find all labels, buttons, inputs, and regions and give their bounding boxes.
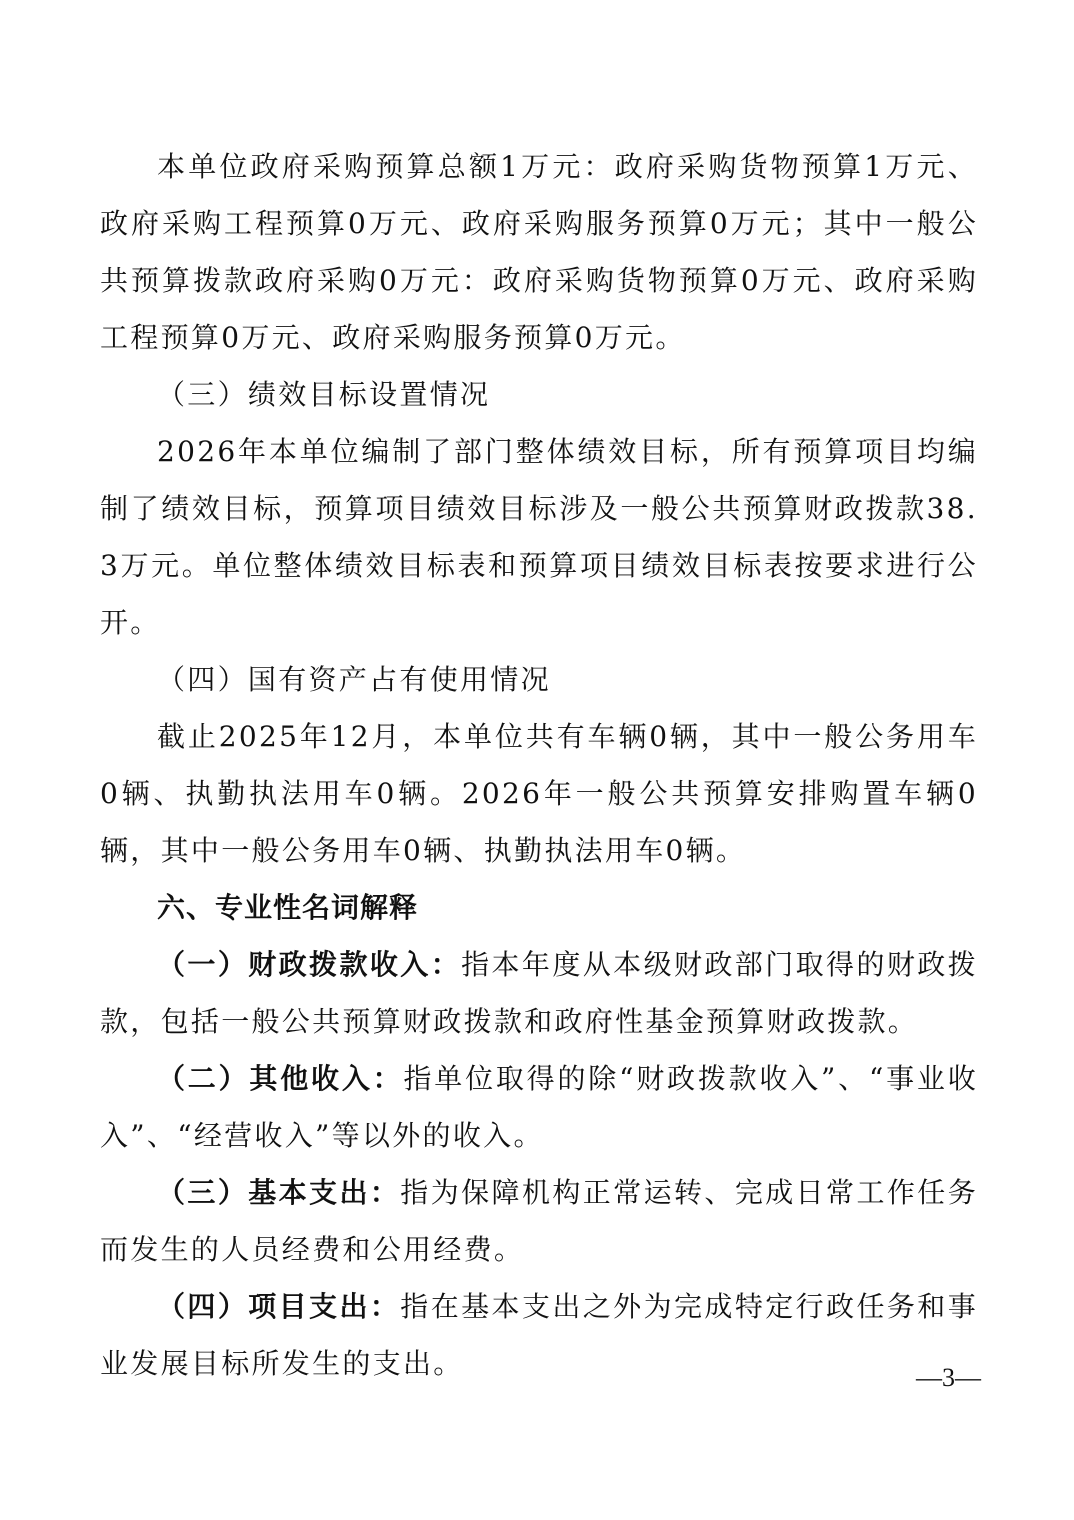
performance-goals-heading: （三）绩效目标设置情况 — [100, 366, 978, 423]
term-label: （三）基本支出： — [157, 1176, 400, 1209]
term-label: （二）其他收入： — [157, 1062, 403, 1095]
term-other-income: （二）其他收入：指单位取得的除“财政拨款收入”、“事业收入”、“经营收入”等以外… — [100, 1050, 978, 1164]
term-project-expenditure: （四）项目支出：指在基本支出之外为完成特定行政任务和事业发展目标所发生的支出。 — [100, 1278, 978, 1392]
state-assets-paragraph: 截止2025年12月，本单位共有车辆0辆，其中一般公务用车0辆、执勤执法用车0辆… — [100, 708, 978, 879]
procurement-paragraph: 本单位政府采购预算总额1万元：政府采购货物预算1万元、政府采购工程预算0万元、政… — [100, 138, 978, 366]
performance-goals-paragraph: 2026年本单位编制了部门整体绩效目标，所有预算项目均编制了绩效目标，预算项目绩… — [100, 423, 978, 651]
term-basic-expenditure: （三）基本支出：指为保障机构正常运转、完成日常工作任务而发生的人员经费和公用经费… — [100, 1164, 978, 1278]
terminology-section-heading: 六、专业性名词解释 — [100, 879, 978, 936]
term-fiscal-appropriation-income: （一）财政拨款收入：指本年度从本级财政部门取得的财政拨款，包括一般公共预算财政拨… — [100, 936, 978, 1050]
term-label: （四）项目支出： — [157, 1290, 400, 1323]
page-number: —3— — [916, 1358, 981, 1398]
document-page: 本单位政府采购预算总额1万元：政府采购货物预算1万元、政府采购工程预算0万元、政… — [100, 138, 978, 1392]
term-label: （一）财政拨款收入： — [157, 948, 461, 981]
state-assets-heading: （四）国有资产占有使用情况 — [100, 651, 978, 708]
